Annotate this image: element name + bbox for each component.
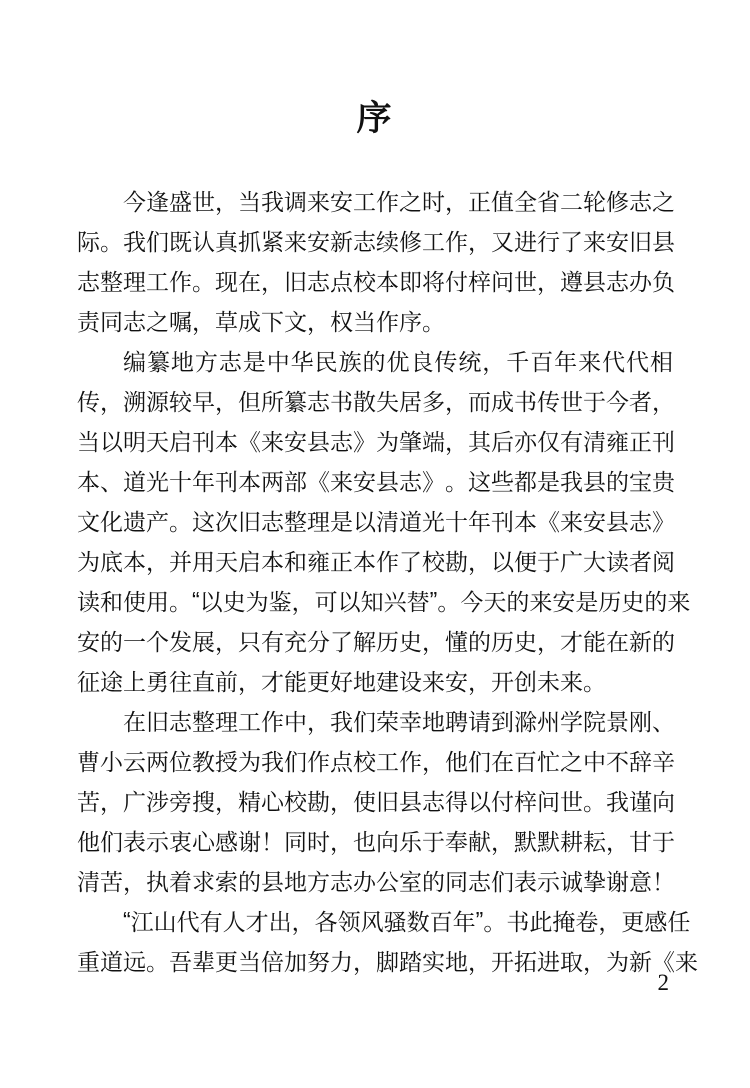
text-character: ， [123,864,146,897]
text-character: 史 [514,624,537,657]
text-character: ， [100,784,123,817]
text-character: 们 [491,864,514,897]
text-character: 小 [100,744,123,777]
text-character: 我 [606,784,629,817]
text-character: 旧 [284,264,307,297]
text-line: 今逢盛世，当我调来安工作之时，正值全省二轮修志之 [77,180,673,220]
text-character: 于 [422,824,445,857]
text-character: 勘 [445,544,468,577]
text-character: 志 [353,224,376,257]
text-character: 县 [376,464,399,497]
text-character: 时 [422,184,445,217]
text-character: 勇 [146,664,169,697]
text-character: 雍 [606,424,629,457]
text-character: 表 [123,824,146,857]
text-character: 谢 [238,824,261,857]
text-character: 为 [376,424,399,457]
text-character: 本 [238,464,261,497]
text-character: 本 [376,264,399,297]
text-character: 有 [560,424,583,457]
text-character: 乐 [399,824,422,857]
text-character: 。 [583,784,606,817]
text-character: 这 [468,464,491,497]
text-character: 读 [606,544,629,577]
text-character: 成 [491,384,514,417]
text-character: 骚 [384,904,407,937]
text-character: 年 [554,344,577,377]
text-character: 紧 [261,224,284,257]
text-character: 办 [629,264,652,297]
text-character: 好 [330,664,353,697]
text-character: 勘 [307,784,330,817]
text-character: 和 [100,584,123,617]
text-character: 作 [376,304,399,337]
text-character: 幸 [399,704,422,737]
text-character: 县 [307,424,330,457]
text-character: 搜 [192,784,215,817]
text-character: 书 [330,384,353,417]
text-character: 正 [629,424,652,457]
text-character: 于 [652,824,675,857]
text-character: 光 [422,504,445,537]
text-character: 肇 [399,424,422,457]
text-character: 安 [77,624,100,657]
text-character: ， [307,304,330,337]
text-character: 华 [291,344,314,377]
text-character: 的 [644,584,667,617]
text-character: 云 [123,744,146,777]
text-character: 族 [339,344,362,377]
text-character: 奉 [445,824,468,857]
text-character: 。 [192,264,215,297]
text-character: 百 [514,744,537,777]
text-character: 理 [215,704,238,737]
text-character: 启 [238,544,261,577]
text-character: 和 [284,544,307,577]
text-character: 示 [537,864,560,897]
text-character: 贵 [652,464,675,497]
text-character: 历 [598,584,621,617]
text-character: 工 [146,264,169,297]
text-character: 耕 [560,824,583,857]
text-character: 广 [123,784,146,817]
text-character: 志 [261,504,284,537]
text-character: 风 [361,904,384,937]
text-character: ， [330,784,353,817]
text-character: 世 [192,184,215,217]
text-character: 滁 [514,704,537,737]
text-character: 刚 [629,704,652,737]
text-character: 清 [583,424,606,457]
text-character: 源 [146,384,169,417]
text-character: 来 [529,584,552,617]
text-character: 年 [192,464,215,497]
text-character: 只 [238,624,261,657]
text-character: 中 [284,704,307,737]
text-character: 千 [506,344,529,377]
text-character: 了 [560,224,583,257]
text-character: 、 [652,704,675,737]
text-character: 。 [100,224,123,257]
text-character: 创 [514,664,537,697]
text-character: 是 [575,584,598,617]
text-character: 居 [399,384,422,417]
text-character: 后 [491,424,514,457]
text-character: 志 [629,184,652,217]
text-character: 人 [223,904,246,937]
text-character: 、 [100,464,123,497]
text-character: 同 [445,864,468,897]
text-character: 传 [77,384,100,417]
text-character: 的 [652,624,675,657]
text-character: 统 [458,344,481,377]
text-character: 的 [238,864,261,897]
text-character: 志 [123,304,146,337]
text-character: ， [652,384,675,417]
page: 序 今逢盛世，当我调来安工作之时，正值全省二轮修志之际。我们既认真抓紧来安新志续… [0,0,750,1088]
text-character: 》 [353,424,376,457]
text-character: ， [261,264,284,297]
text-character: 梓 [514,784,537,817]
text-character: 化 [100,504,123,537]
text-character: 纂 [284,384,307,417]
text-character: 苦 [100,864,123,897]
text-character: 地 [422,704,445,737]
text-character: 广 [560,544,583,577]
preface-body: 今逢盛世，当我调来安工作之时，正值全省二轮修志之际。我们既认真抓紧来安新志续修工… [77,180,673,980]
text-character: 我 [123,224,146,257]
text-character: 各 [315,904,338,937]
text-line: 编纂地方志是中华民族的优良传统，千百年来代代相 [77,340,673,380]
text-character: 征 [77,664,100,697]
text-character: 亦 [514,424,537,457]
text-character: 宝 [629,464,652,497]
text-character: 新 [629,624,652,657]
text-character: 教 [192,744,215,777]
text-character: 权 [330,304,353,337]
text-character: 遗 [123,504,146,537]
text-character: 前 [215,664,238,697]
text-character: 中 [583,744,606,777]
text-character: 学 [560,704,583,737]
text-character: 旧 [629,224,652,257]
text-character: 未 [537,664,560,697]
text-character: 的 [506,584,529,617]
text-character: 序 [399,304,422,337]
text-character: 下 [261,304,284,337]
text-character: 来 [560,504,583,537]
text-character: 聘 [445,704,468,737]
text-character: 。 [169,584,192,617]
text-character: ” [430,587,438,614]
text-character: 求 [192,864,215,897]
text-character: 代 [602,344,625,377]
text-character: 展 [192,624,215,657]
text-character: 掩 [552,904,575,937]
text-character: 负 [652,264,675,297]
text-character: ， [238,664,261,697]
text-character: 到 [491,704,514,737]
text-character: 相 [650,344,673,377]
text-character: 而 [468,384,491,417]
text-character: 授 [215,744,238,777]
text-character: 任 [667,904,690,937]
text-character: 的 [606,464,629,497]
text-character: 产 [146,504,169,537]
text-character: 志 [606,264,629,297]
text-character: 进 [514,224,537,257]
text-character: 理 [307,504,330,537]
text-character: 抓 [238,224,261,257]
text-character: 大 [583,544,606,577]
text-character: 表 [514,864,537,897]
text-character: 书 [506,904,529,937]
text-character: 续 [376,224,399,257]
text-character: 荣 [376,704,399,737]
text-line: 志整理工作。现在，旧志点校本即将付梓问世，遵县志办负 [77,260,673,300]
text-character: 为 [246,584,269,617]
text-character: 安 [445,664,468,697]
text-character: 卷 [575,904,598,937]
text-character: 使 [353,784,376,817]
text-character: 二 [560,184,583,217]
text-character: 新 [330,224,353,257]
text-character: 整 [192,704,215,737]
text-character: 问 [491,264,514,297]
text-character: ， [537,624,560,657]
text-character: 成 [238,304,261,337]
text-character: 我 [560,464,583,497]
text-character: 也 [353,824,376,857]
text-character: ， [482,344,505,377]
text-character: ， [292,904,315,937]
text-character: ， [215,624,238,657]
text-line: 在旧志整理工作中，我们荣幸地聘请到滁州学院景刚、 [77,700,673,740]
text-character: 两 [146,744,169,777]
text-character: 一 [123,624,146,657]
text-character: 方 [195,344,218,377]
text-character: 遵 [560,264,583,297]
text-character: 是 [243,344,266,377]
text-character: ， [215,784,238,817]
text-line: 本、道光十年刊本两部《来安县志》。这些都是我县的宝贵 [77,460,673,500]
text-character: 当 [353,304,376,337]
text-character: ” [476,907,484,934]
text-character: 》 [422,464,445,497]
text-character: 阅 [652,544,675,577]
text-character: 旧 [376,784,399,817]
text-character: 直 [192,664,215,697]
text-character: 读 [77,584,100,617]
text-character: 设 [399,664,422,697]
text-character: 文 [77,504,100,537]
text-character: ， [468,224,491,257]
text-character: 我 [261,744,284,777]
text-character: 他 [77,824,100,857]
text-character: 来 [261,424,284,457]
text-line: 他们表示衷心感谢！同时，也向乐于奉献，默默耕耘，甘于 [77,820,673,860]
text-character: 志 [307,264,330,297]
text-character: 多 [422,384,445,417]
text-character: 时 [307,824,330,857]
text-character: 校 [353,264,376,297]
text-character: 索 [215,864,238,897]
text-character: 这 [192,504,215,537]
text-character: 全 [514,184,537,217]
text-character: 仅 [537,424,560,457]
text-character: 州 [537,704,560,737]
text-line: 征途上勇往直前，才能更好地建设来安，开创未来。 [77,660,673,700]
text-character: 地 [171,344,194,377]
text-character: 感 [644,904,667,937]
text-character: 来 [675,944,698,977]
text-character: 以 [468,784,491,817]
text-character: 们 [353,704,376,737]
text-character: 嘱 [169,304,192,337]
text-character: 心 [261,784,284,817]
text-character: 能 [284,664,307,697]
text-character: 良 [410,344,433,377]
text-line: 苦，广涉旁搜，精心校勘，使旧县志得以付梓问世。我谨向 [77,780,673,820]
text-character: 部 [284,464,307,497]
text-character: 当 [238,184,261,217]
text-character: 将 [422,264,445,297]
text-character: 县 [583,464,606,497]
text-character: 以 [491,544,514,577]
text-character: 点 [330,264,353,297]
text-character: 《 [238,424,261,457]
text-character: ， [330,824,353,857]
text-character: 者 [629,544,652,577]
text-character: 今 [123,184,146,217]
text-character: 》 [652,504,675,537]
text-character: 为 [238,744,261,777]
text-character: 有 [200,904,223,937]
text-line: 传，溯源较早，但所纂志书散失居多，而成书传世于今者， [77,380,673,420]
text-character: 付 [445,264,468,297]
text-character: 更 [621,904,644,937]
text-character: 以 [200,584,223,617]
text-character: ， [445,424,468,457]
text-character: 志 [330,424,353,457]
text-character: 纂 [147,344,170,377]
text-character: 能 [583,624,606,657]
text-character: 世 [560,784,583,817]
text-character: 默 [537,824,560,857]
text-character: 真 [215,224,238,257]
text-character: 方 [307,864,330,897]
text-character: 安 [284,424,307,457]
text-character: ， [146,544,169,577]
text-character: 溯 [123,384,146,417]
text-character: 在 [606,624,629,657]
text-character: ， [307,704,330,737]
text-character: 志 [468,864,491,897]
text-character: 清 [77,864,100,897]
text-character: 分 [307,624,330,657]
text-character: 替 [407,584,430,617]
text-character: 景 [606,704,629,737]
text-character: 作 [399,744,422,777]
text-character: 县 [606,504,629,537]
text-character: 光 [146,464,169,497]
text-character: 更 [307,664,330,697]
text-character: 修 [399,224,422,257]
text-character: 了 [330,624,353,657]
text-character: 此 [529,904,552,937]
text-character: 志 [422,784,445,817]
text-character: 值 [491,184,514,217]
text-character: 充 [284,624,307,657]
text-character: 献 [468,824,491,857]
text-character: 草 [215,304,238,337]
text-character: 校 [353,744,376,777]
text-character: 现 [215,264,238,297]
text-character: 工 [238,704,261,737]
text-character: 位 [169,744,192,777]
text-character: 又 [491,224,514,257]
text-character: 明 [123,424,146,457]
text-character: 优 [386,344,409,377]
text-character: 公 [376,864,399,897]
text-character: 于 [583,384,606,417]
text-character: 传 [434,344,457,377]
text-character: 。 [169,504,192,537]
text-character: 衷 [169,824,192,857]
text-character: ， [468,664,491,697]
text-character: 在 [123,704,146,737]
text-character: “ [192,587,200,614]
text-line: 为底本，并用天启本和雍正本作了校勘，以便于广大读者阅 [77,540,673,580]
text-character: 鉴 [269,584,292,617]
text-character: 启 [169,424,192,457]
text-character: 天 [146,424,169,457]
text-character: 领 [338,904,361,937]
text-character: 安 [330,184,353,217]
text-character: 意 [629,864,652,897]
text-character: 发 [169,624,192,657]
text-character: 在 [491,744,514,777]
text-character: 山 [154,904,177,937]
page-number: 2 [77,968,669,998]
text-character: 中 [267,344,290,377]
text-character: 雍 [307,544,330,577]
text-character: 校 [284,784,307,817]
text-character: 工 [353,184,376,217]
text-character: “ [123,907,131,934]
text-character: 十 [445,504,468,537]
text-character: 年 [468,504,491,537]
text-character: 知 [361,584,384,617]
text-character: 旁 [169,784,192,817]
text-character: 今 [606,384,629,417]
text-character: 地 [284,864,307,897]
text-character: 即 [399,264,422,297]
text-character: ， [292,584,315,617]
text-character: 工 [376,744,399,777]
text-character: 曹 [77,744,100,777]
text-character: 作 [261,704,284,737]
text-character: ， [598,904,621,937]
text-character: 本 [353,544,376,577]
text-character: 底 [100,544,123,577]
text-character: 史 [223,584,246,617]
text-character: 际 [77,224,100,257]
text-character: 调 [284,184,307,217]
text-character: 是 [330,504,353,537]
text-character: 县 [652,224,675,257]
text-character: 示 [146,824,169,857]
